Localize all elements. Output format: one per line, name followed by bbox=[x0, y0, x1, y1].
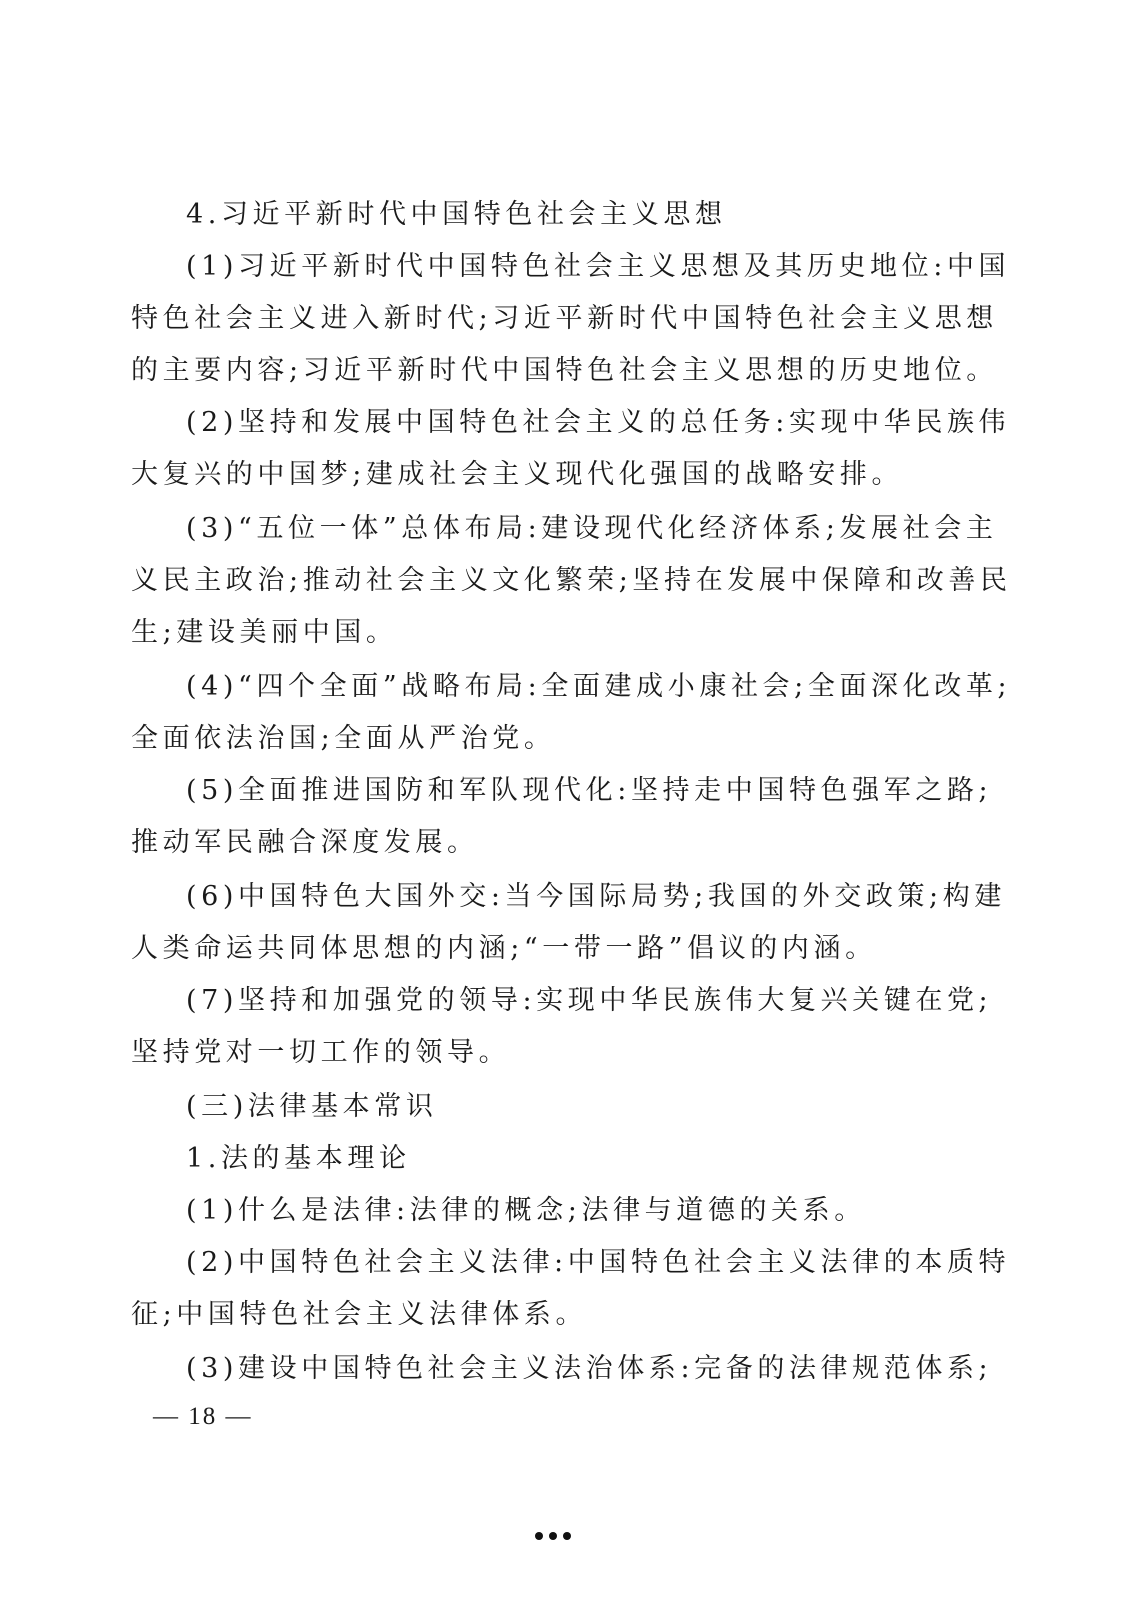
more-options-icon[interactable] bbox=[535, 1532, 571, 1540]
text-line: (7)坚持和加强党的领导:实现中华民族伟大复兴关键在党; bbox=[186, 984, 1006, 1018]
page-number: — 18 — bbox=[153, 1402, 253, 1432]
text-line: 特色社会主义进入新时代;习近平新时代中国特色社会主义思想 bbox=[131, 302, 951, 336]
text-line: 的主要内容;习近平新时代中国特色社会主义思想的历史地位。 bbox=[131, 354, 951, 388]
text-line: 征;中国特色社会主义法律体系。 bbox=[131, 1298, 951, 1332]
text-line: 推动军民融合深度发展。 bbox=[131, 826, 951, 860]
text-line: (6)中国特色大国外交:当今国际局势;我国的外交政策;构建 bbox=[186, 880, 1006, 914]
document-page: 4.习近平新时代中国特色社会主义思想(1)习近平新时代中国特色社会主义思想及其历… bbox=[0, 0, 1131, 1600]
text-line: 义民主政治;推动社会主义文化繁荣;坚持在发展中保障和改善民 bbox=[131, 564, 951, 598]
text-line: (1)什么是法律:法律的概念;法律与道德的关系。 bbox=[186, 1194, 1006, 1228]
text-line: (2)坚持和发展中国特色社会主义的总任务:实现中华民族伟 bbox=[186, 406, 1006, 440]
text-line: 坚持党对一切工作的领导。 bbox=[131, 1036, 951, 1070]
text-line: 人类命运共同体思想的内涵;“一带一路”倡议的内涵。 bbox=[131, 932, 951, 966]
text-line: 1.法的基本理论 bbox=[186, 1142, 1006, 1176]
text-line: 生;建设美丽中国。 bbox=[131, 616, 951, 650]
text-line: (2)中国特色社会主义法律:中国特色社会主义法律的本质特 bbox=[186, 1246, 1006, 1280]
text-line: (3)“五位一体”总体布局:建设现代化经济体系;发展社会主 bbox=[186, 512, 1006, 546]
text-line: (5)全面推进国防和军队现代化:坚持走中国特色强军之路; bbox=[186, 774, 1006, 808]
text-line: 大复兴的中国梦;建成社会主义现代化强国的战略安排。 bbox=[131, 458, 951, 492]
text-line: (1)习近平新时代中国特色社会主义思想及其历史地位:中国 bbox=[186, 250, 1006, 284]
text-line: (3)建设中国特色社会主义法治体系:完备的法律规范体系; bbox=[186, 1352, 1006, 1386]
text-line: 全面依法治国;全面从严治党。 bbox=[131, 722, 951, 756]
dot-icon bbox=[535, 1532, 543, 1540]
text-line: (4)“四个全面”战略布局:全面建成小康社会;全面深化改革; bbox=[186, 670, 1006, 704]
dot-icon bbox=[549, 1532, 557, 1540]
text-line: (三)法律基本常识 bbox=[186, 1090, 1006, 1124]
dot-icon bbox=[563, 1532, 571, 1540]
text-line: 4.习近平新时代中国特色社会主义思想 bbox=[186, 198, 1006, 232]
